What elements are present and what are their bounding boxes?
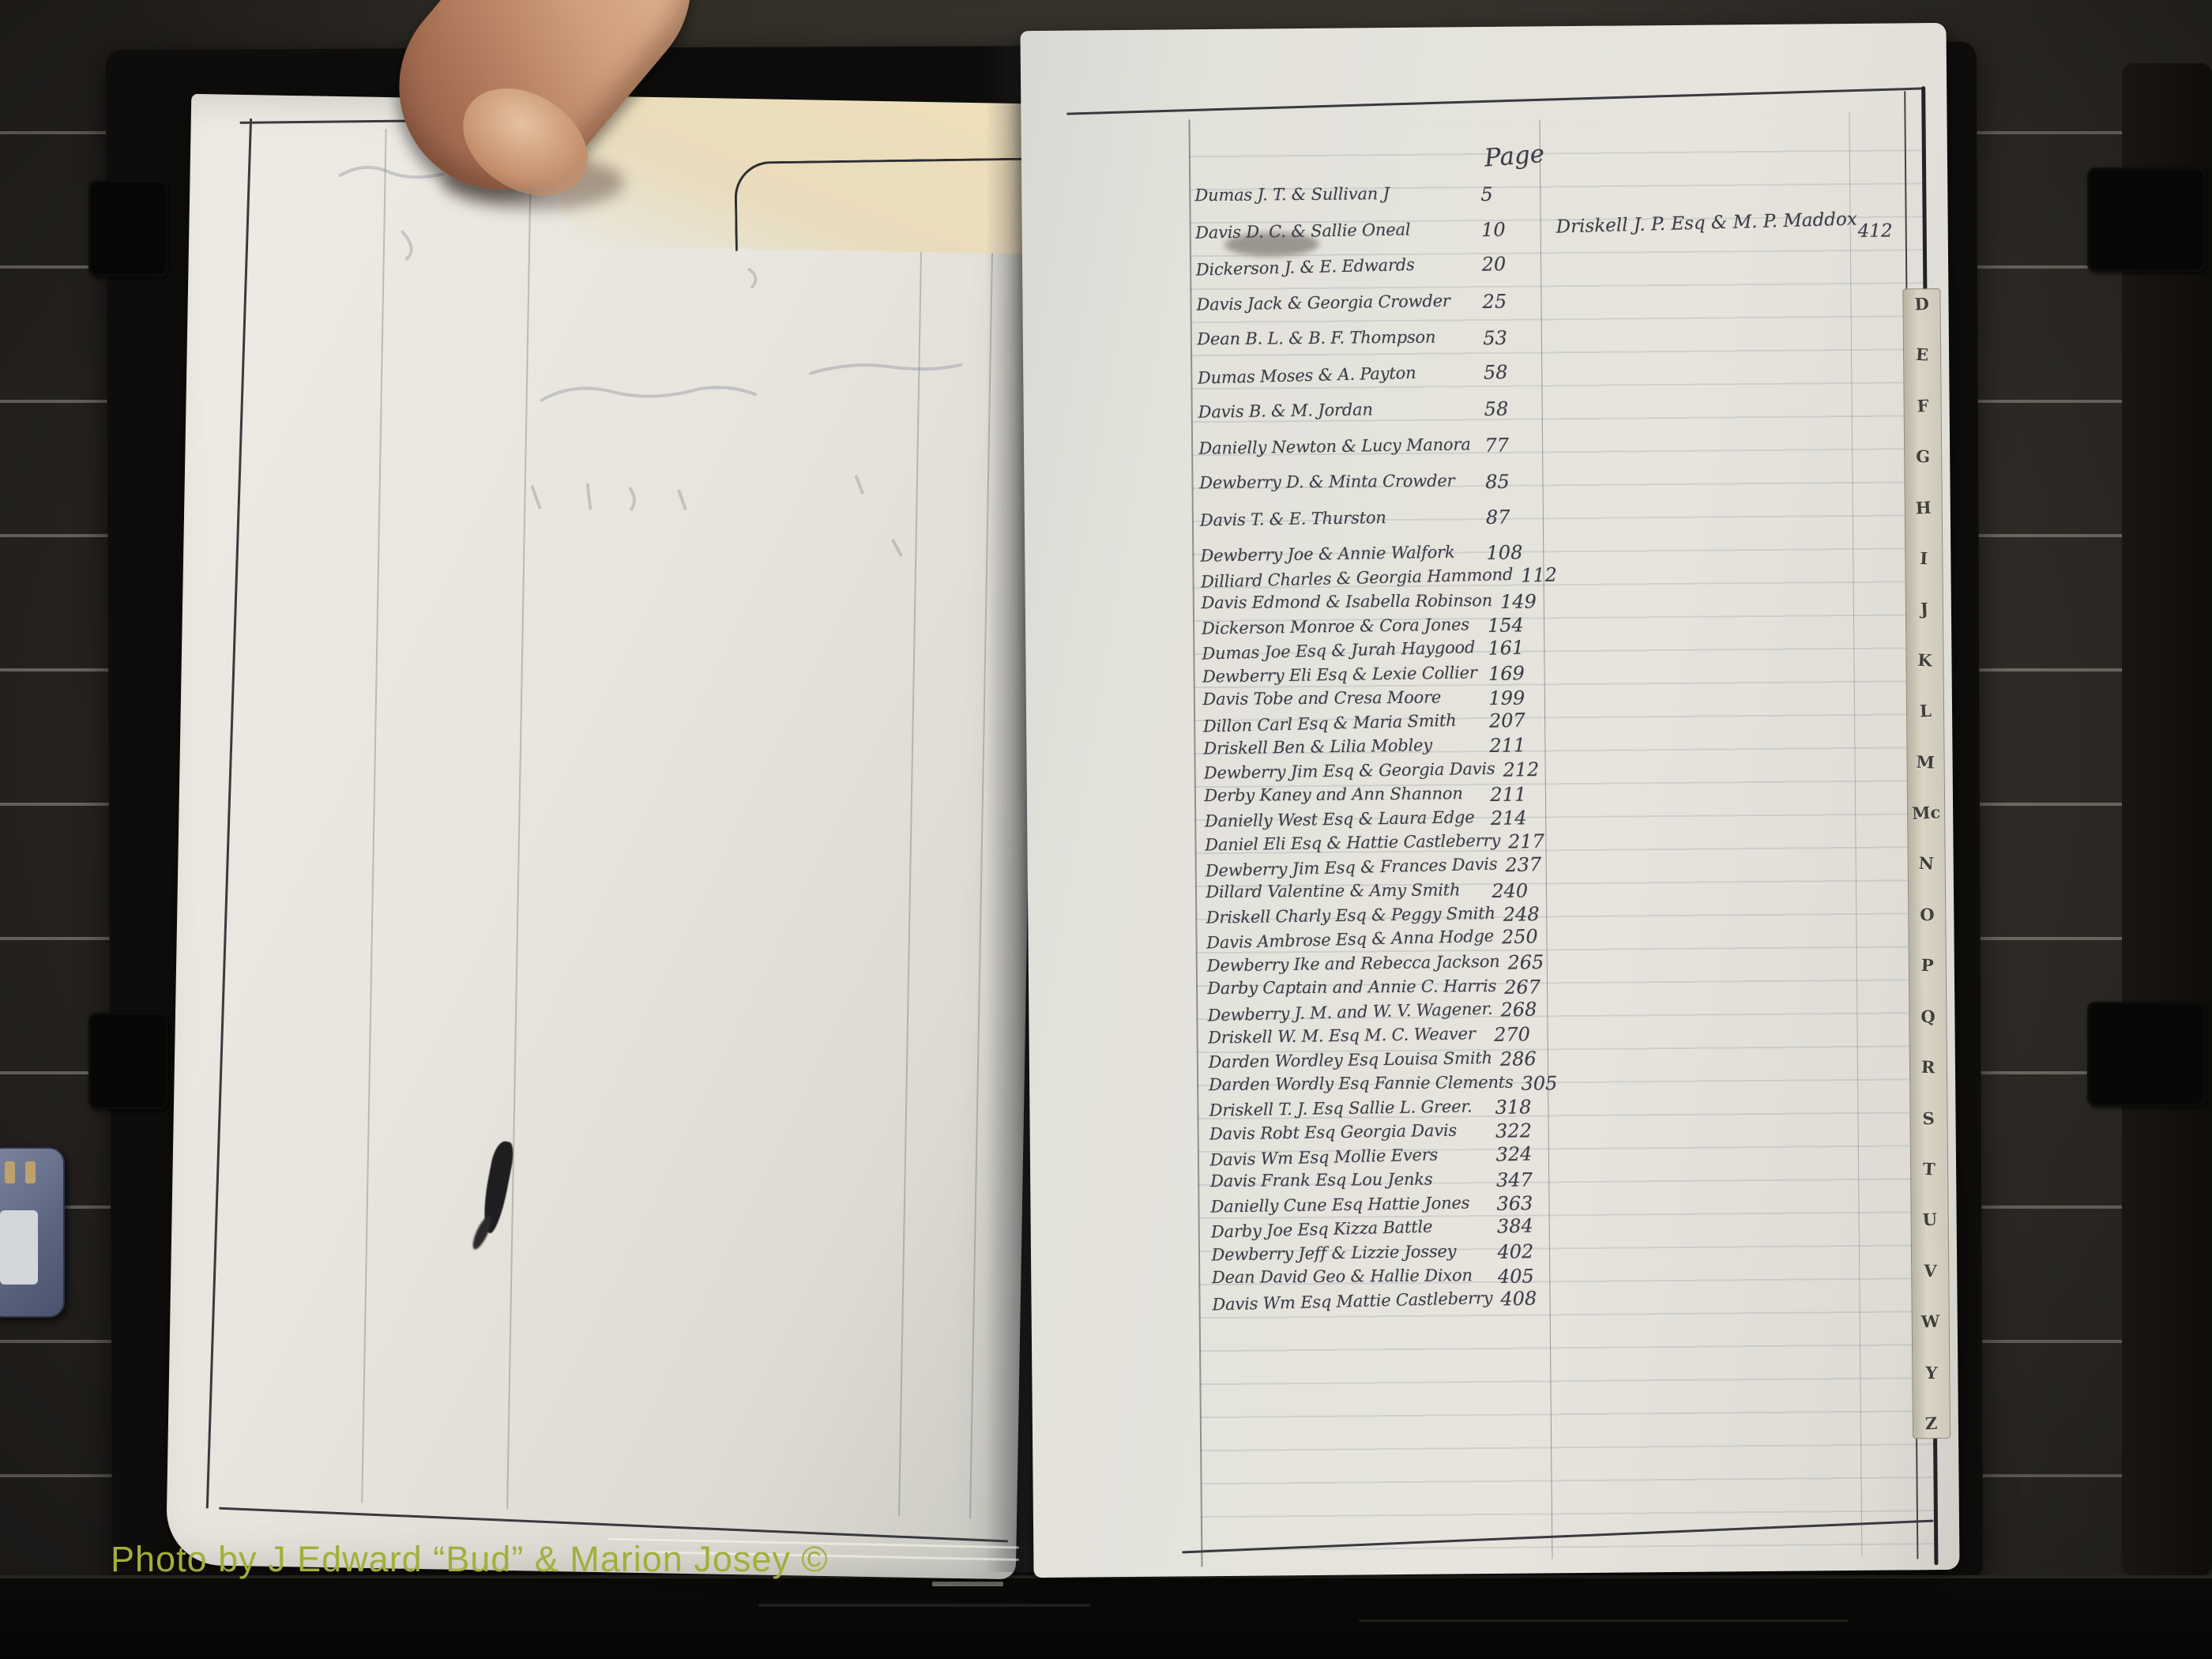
tab-letter-h: H xyxy=(1915,498,1932,516)
entry-name: Derby Kaney and Ann Shannon xyxy=(1204,784,1482,805)
bleedthrough-marks xyxy=(300,127,1020,645)
entry-name: Darden Wordley Esq Louisa Smith xyxy=(1208,1048,1492,1071)
index-entry-row: Davis Edmond & Isabella Robinson149 xyxy=(1201,590,1542,617)
entry-name: Dumas Moses & A. Payton xyxy=(1198,362,1476,388)
entry-name: Danielly Newton & Lucy Manora xyxy=(1198,434,1477,458)
entry-name: Davis T. & E. Thurston xyxy=(1200,506,1478,530)
entry-page-number: 58 xyxy=(1476,397,1539,420)
entry-page-number: 324 xyxy=(1488,1142,1552,1165)
tab-letter-o: O xyxy=(1920,906,1935,924)
tab-letter-d: D xyxy=(1914,295,1929,313)
entry-page-number: 211 xyxy=(1481,734,1544,757)
entry-page-number: 408 xyxy=(1492,1286,1556,1310)
index-entry-page-col2: 412 xyxy=(1858,221,1893,242)
tab-letter-u: U xyxy=(1922,1211,1937,1228)
entry-page-number: 212 xyxy=(1495,758,1558,781)
entry-name: Darby Captain and Annie C. Harris xyxy=(1207,976,1496,998)
blue-device-label xyxy=(0,1210,38,1285)
entry-page-number: 248 xyxy=(1495,902,1559,925)
entry-name: Dewberry D. & Minta Crowder xyxy=(1199,471,1477,492)
tab-letter-m: M xyxy=(1917,753,1935,770)
tab-letter-y: Y xyxy=(1924,1364,1937,1381)
index-entry-row: Davis T. & E. Thurston87 xyxy=(1200,505,1542,546)
table-shelf xyxy=(0,1575,2212,1659)
index-entry-row: Davis Jack & Georgia Crowder25 xyxy=(1196,289,1538,330)
entry-page-number: 237 xyxy=(1497,852,1561,876)
index-entry-row: Danielly Newton & Lucy Manora77 xyxy=(1198,433,1540,474)
entry-name: Dumas J. T. & Sullivan J xyxy=(1194,183,1473,205)
entry-page-number: 305 xyxy=(1513,1072,1576,1095)
entry-page-number: 267 xyxy=(1496,976,1559,999)
entry-name: Davis Edmond & Isabella Robinson xyxy=(1201,591,1492,612)
entry-page-number: 53 xyxy=(1475,326,1538,349)
tab-letter-w: W xyxy=(1921,1313,1940,1330)
device-pin xyxy=(5,1161,15,1183)
tab-letter-j: J xyxy=(1920,600,1928,617)
tab-letter-e: E xyxy=(1916,346,1929,363)
entry-name: Dean B. L. & B. F. Thompson xyxy=(1197,327,1475,348)
shelf-streak xyxy=(758,1604,1090,1607)
binder-clip-right-bottom xyxy=(2087,1002,2206,1106)
entry-page-number: 268 xyxy=(1492,997,1556,1021)
tab-letter-z: Z xyxy=(1925,1415,1938,1432)
entry-name: Dillon Carl Esq & Maria Smith xyxy=(1203,709,1481,735)
entry-page-number: 207 xyxy=(1481,709,1545,732)
entry-name: Davis D. C. & Sallie Oneal xyxy=(1195,219,1473,243)
entry-page-number: 270 xyxy=(1486,1023,1549,1046)
entry-page-number: 286 xyxy=(1492,1047,1556,1070)
entry-page-number: 384 xyxy=(1489,1214,1553,1238)
entry-page-number: 405 xyxy=(1490,1265,1553,1288)
photocopy-border-left xyxy=(206,118,252,1508)
entry-page-number: 211 xyxy=(1482,783,1545,806)
entry-page-number: 161 xyxy=(1480,636,1544,660)
left-page xyxy=(166,94,1041,1579)
tab-letter-g: G xyxy=(1916,448,1931,465)
tab-letter-s: S xyxy=(1922,1109,1935,1127)
entry-page-number: 402 xyxy=(1489,1240,1552,1262)
photocopy-border-top xyxy=(1066,87,1924,115)
tab-letter-p: P xyxy=(1920,957,1934,974)
entry-name: Davis Frank Esq Lou Jenks xyxy=(1210,1169,1488,1191)
entry-page-number: 217 xyxy=(1500,830,1563,853)
entry-name: Dewberry Jim Esq & Georgia Davis xyxy=(1204,758,1495,782)
entry-page-number: 214 xyxy=(1483,806,1546,829)
index-entry-row: Davis Frank Esq Lou Jenks347 xyxy=(1210,1168,1552,1195)
entry-page-number: 240 xyxy=(1484,879,1547,902)
index-entry-row: Dean B. L. & B. F. Thompson53 xyxy=(1197,326,1538,365)
entry-name: Dillard Valentine & Amy Smith xyxy=(1206,880,1484,901)
index-entry-row: Derby Kaney and Ann Shannon211 xyxy=(1204,783,1545,810)
entry-name: Dickerson Monroe & Cora Jones xyxy=(1202,615,1480,638)
shelf-glint xyxy=(932,1582,1003,1586)
tab-letter-q: Q xyxy=(1920,1007,1935,1025)
entry-page-number: 250 xyxy=(1494,925,1558,949)
entry-page-number: 265 xyxy=(1499,950,1563,973)
index-entry-row: Dumas J. T. & Sullivan J5 xyxy=(1194,182,1536,221)
entry-page-number: 10 xyxy=(1473,217,1537,240)
entry-page-number: 169 xyxy=(1480,661,1544,684)
entry-page-number: 25 xyxy=(1474,289,1537,312)
page-column-header: Page xyxy=(1484,140,1546,173)
tab-letter-n: N xyxy=(1919,855,1935,872)
tab-letter-v: V xyxy=(1924,1262,1937,1280)
photographer-watermark: Photo by J Edward “Bud” & Marion Josey © xyxy=(111,1539,829,1580)
tab-letter-l: L xyxy=(1919,702,1932,720)
entry-name: Daniel Eli Esq & Hattie Castleberry xyxy=(1205,831,1500,855)
tab-letter-f: F xyxy=(1917,397,1929,415)
entry-name: Dean David Geo & Hallie Dixon xyxy=(1212,1266,1490,1287)
binder-clip-left-bottom xyxy=(88,1013,167,1109)
index-entry-list: Dumas J. T. & Sullivan J5Davis D. C. & S… xyxy=(1194,182,1553,1318)
entry-page-number: 149 xyxy=(1492,590,1556,613)
shelf-streak xyxy=(1359,1619,1849,1622)
entry-name: Driskell Charly Esq & Peggy Smith xyxy=(1206,903,1495,927)
entry-page-number: 199 xyxy=(1480,687,1544,709)
entry-name: Darden Wordly Esq Fannie Clements xyxy=(1209,1073,1514,1094)
entry-name: Driskell T. J. Esq Sallie L. Greer. xyxy=(1209,1097,1487,1120)
entry-name: Danielly West Esq & Laura Edge xyxy=(1205,807,1483,831)
binder-clip-left-top xyxy=(88,180,167,276)
tab-letter-mc: Mc xyxy=(1912,803,1941,822)
entry-name: Davis Tobe and Cresa Moore xyxy=(1202,687,1480,709)
entry-page-number: 154 xyxy=(1480,613,1543,636)
entry-page-number: 77 xyxy=(1477,433,1540,456)
entry-page-number: 5 xyxy=(1473,182,1536,205)
right-page: Page Dumas J. T. & Sullivan J5Davis D. C… xyxy=(1020,23,1959,1578)
entry-name: Dewberry Joe & Annie Walfork xyxy=(1200,542,1478,566)
entry-page-number: 87 xyxy=(1478,505,1541,528)
entry-name: Davis Robt Esq Georgia Davis xyxy=(1209,1120,1488,1144)
entry-page-number: 112 xyxy=(1513,562,1577,586)
entry-page-number: 363 xyxy=(1488,1191,1552,1214)
entry-page-number: 322 xyxy=(1488,1119,1551,1142)
tab-letter-i: I xyxy=(1920,550,1928,566)
index-entry-row: Darden Wordly Esq Fannie Clements305 xyxy=(1209,1072,1550,1099)
device-pin xyxy=(25,1161,36,1183)
entry-page-number: 58 xyxy=(1476,360,1540,384)
binder-post-right xyxy=(2122,63,2212,1576)
index-entry-row: Dewberry D. & Minta Crowder85 xyxy=(1199,470,1540,509)
binder-clip-right-top xyxy=(2087,167,2206,272)
entry-page-number: 85 xyxy=(1477,470,1540,493)
tab-letter-k: K xyxy=(1917,652,1932,669)
index-entry-row: Dillard Valentine & Amy Smith240 xyxy=(1206,879,1547,906)
index-entry-row: Davis B. & M. Jordan58 xyxy=(1198,397,1540,438)
entry-name: Davis Wm Esq Mattie Castleberry xyxy=(1212,1288,1493,1314)
tab-letter-r: R xyxy=(1921,1059,1935,1076)
entry-page-number: 108 xyxy=(1478,541,1541,564)
tab-letter-t: T xyxy=(1923,1161,1936,1178)
entry-page-number: 20 xyxy=(1473,252,1537,276)
entry-name: Danielly Cune Esq Hattie Jones xyxy=(1210,1193,1488,1217)
entry-page-number: 347 xyxy=(1488,1168,1552,1191)
entry-page-number: 318 xyxy=(1487,1095,1550,1118)
